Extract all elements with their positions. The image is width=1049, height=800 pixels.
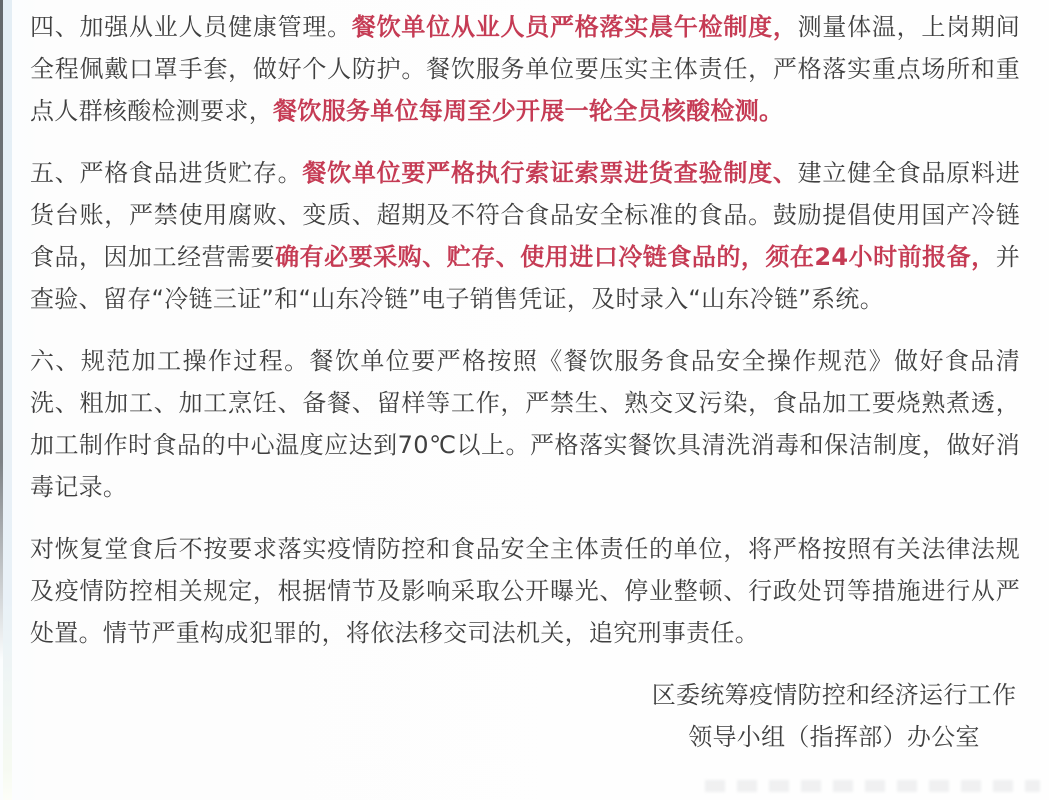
paragraph: 五、严格食品进货贮存。餐饮单位要严格执行索证索票进货查验制度、建立健全食品原料进… [30, 152, 1020, 320]
paragraph: 对恢复堂食后不按要求落实疫情防控和食品安全主体责任的单位，将严格按照有关法律法规… [30, 528, 1020, 654]
paragraph: 四、加强从业人员健康管理。餐饮单位从业人员严格落实晨午检制度，测量体温，上岗期间… [30, 6, 1020, 132]
signature-line-1: 区委统筹疫情防控和经济运行工作 [652, 674, 1017, 716]
signature-line-2: 领导小组（指挥部）办公室 [688, 716, 980, 758]
highlighted-text-segment: 餐饮单位从业人员严格落实晨午检制度， [352, 13, 798, 41]
text-segment: 六、规范加工操作过程。餐饮单位要严格按照《餐饮服务食品安全操作规范》做好食品清洗… [30, 347, 1020, 501]
left-scan-edge-light-strip [3, 0, 12, 800]
paragraph: 六、规范加工操作过程。餐饮单位要严格按照《餐饮服务食品安全操作规范》做好食品清洗… [30, 340, 1020, 508]
notice-document-page: 四、加强从业人员健康管理。餐饮单位从业人员严格落实晨午检制度，测量体温，上岗期间… [0, 0, 1049, 800]
document-body: 四、加强从业人员健康管理。餐饮单位从业人员严格落实晨午检制度，测量体温，上岗期间… [30, 6, 1020, 758]
text-segment: 四、加强从业人员健康管理。 [30, 13, 352, 41]
signature-block: 区委统筹疫情防控和经济运行工作 领导小组（指挥部）办公室 [650, 674, 1018, 758]
faint-cutoff-text-artifact [705, 780, 1040, 792]
text-segment: 对恢复堂食后不按要求落实疫情防控和食品安全主体责任的单位，将严格按照有关法律法规… [30, 535, 1020, 647]
highlighted-text-segment: 餐饮服务单位每周至少开展一轮全员核酸检测。 [273, 97, 783, 125]
highlighted-text-segment: 餐饮单位要严格执行索证索票进货查验制度、 [302, 159, 797, 187]
paragraph-list: 四、加强从业人员健康管理。餐饮单位从业人员严格落实晨午检制度，测量体温，上岗期间… [30, 6, 1020, 654]
text-segment: 五、严格食品进货贮存。 [30, 159, 302, 187]
highlighted-text-segment: 确有必要采购、贮存、使用进口冷链食品的，须在24小时前报备， [275, 243, 996, 271]
